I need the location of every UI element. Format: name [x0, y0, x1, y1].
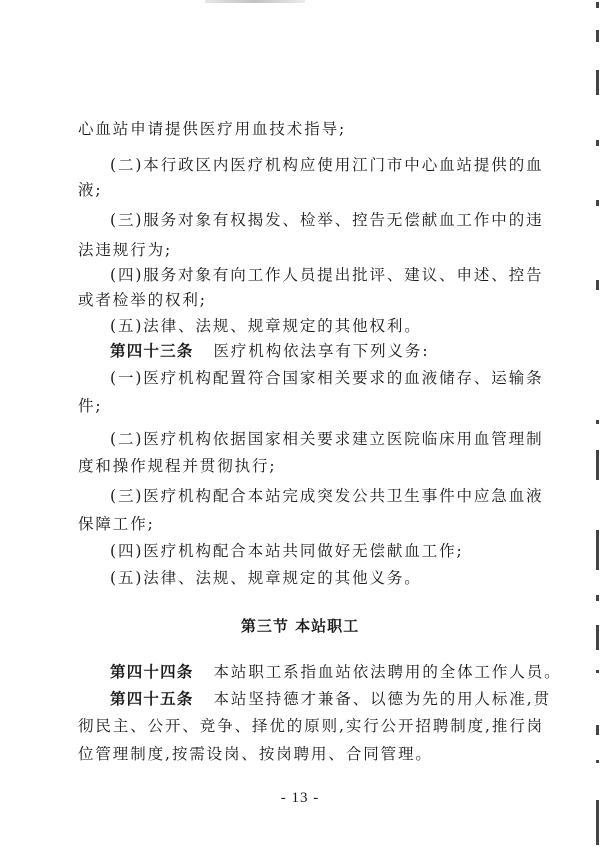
article-label: 第四十三条: [110, 342, 194, 360]
article-text: 本站坚持德才兼备、以德为先的用人标准,贯: [214, 690, 551, 708]
list-item-text: (三)服务对象有权揭发、检举、控告无偿献血工作中的违: [110, 210, 544, 230]
list-item-text: (五)法律、法规、规章规定的其他义务。: [110, 568, 422, 588]
paragraph-text: 件;: [78, 396, 103, 416]
paragraph-text: 液;: [78, 180, 103, 200]
article-label: 第四十四条: [110, 663, 194, 681]
article-text: 医疗机构依法享有下列义务:: [214, 342, 430, 360]
paragraph-text: 或者检举的权利;: [78, 290, 207, 310]
scan-edge-marks: [594, 0, 600, 850]
section-title: 第三节 本站职工: [0, 615, 600, 636]
page-number: - 13 -: [0, 790, 600, 807]
article-text: 本站职工系指血站依法聘用的全体工作人员。: [214, 663, 562, 681]
list-item-text: (一)医疗机构配置符合国家相关要求的血液储存、运输条: [110, 368, 544, 388]
list-item-text: (五)法律、法规、规章规定的其他权利。: [110, 316, 422, 336]
paragraph-text: 心血站申请提供医疗用血技术指导;: [78, 119, 346, 139]
list-item-text: (四)医疗机构配合本站共同做好无偿献血工作;: [110, 541, 464, 561]
list-item-text: (二)本行政区内医疗机构应使用江门市中心血站提供的血: [110, 155, 544, 175]
document-page: 心血站申请提供医疗用血技术指导; (二)本行政区内医疗机构应使用江门市中心血站提…: [0, 0, 600, 850]
paragraph-text: 度和操作规程并贯彻执行;: [78, 456, 277, 476]
paragraph-text: 位管理制度,按需设岗、按岗聘用、合同管理。: [78, 744, 433, 764]
paragraph-text: 彻民主、公开、竞争、择优的原则,实行公开招聘制度,推行岗: [78, 716, 544, 736]
list-item-text: (三)医疗机构配合本站完成突发公共卫生事件中应急血液: [110, 486, 544, 506]
list-item-text: (二)医疗机构依据国家相关要求建立医院临床用血管理制: [110, 429, 544, 449]
article-label: 第四十五条: [110, 690, 194, 708]
list-item-text: (四)服务对象有向工作人员提出批评、建议、申述、控告: [110, 265, 544, 285]
scan-artifact: [205, 0, 305, 3]
paragraph-text: 保障工作;: [78, 514, 155, 534]
paragraph-text: 法违规行为;: [78, 240, 172, 260]
